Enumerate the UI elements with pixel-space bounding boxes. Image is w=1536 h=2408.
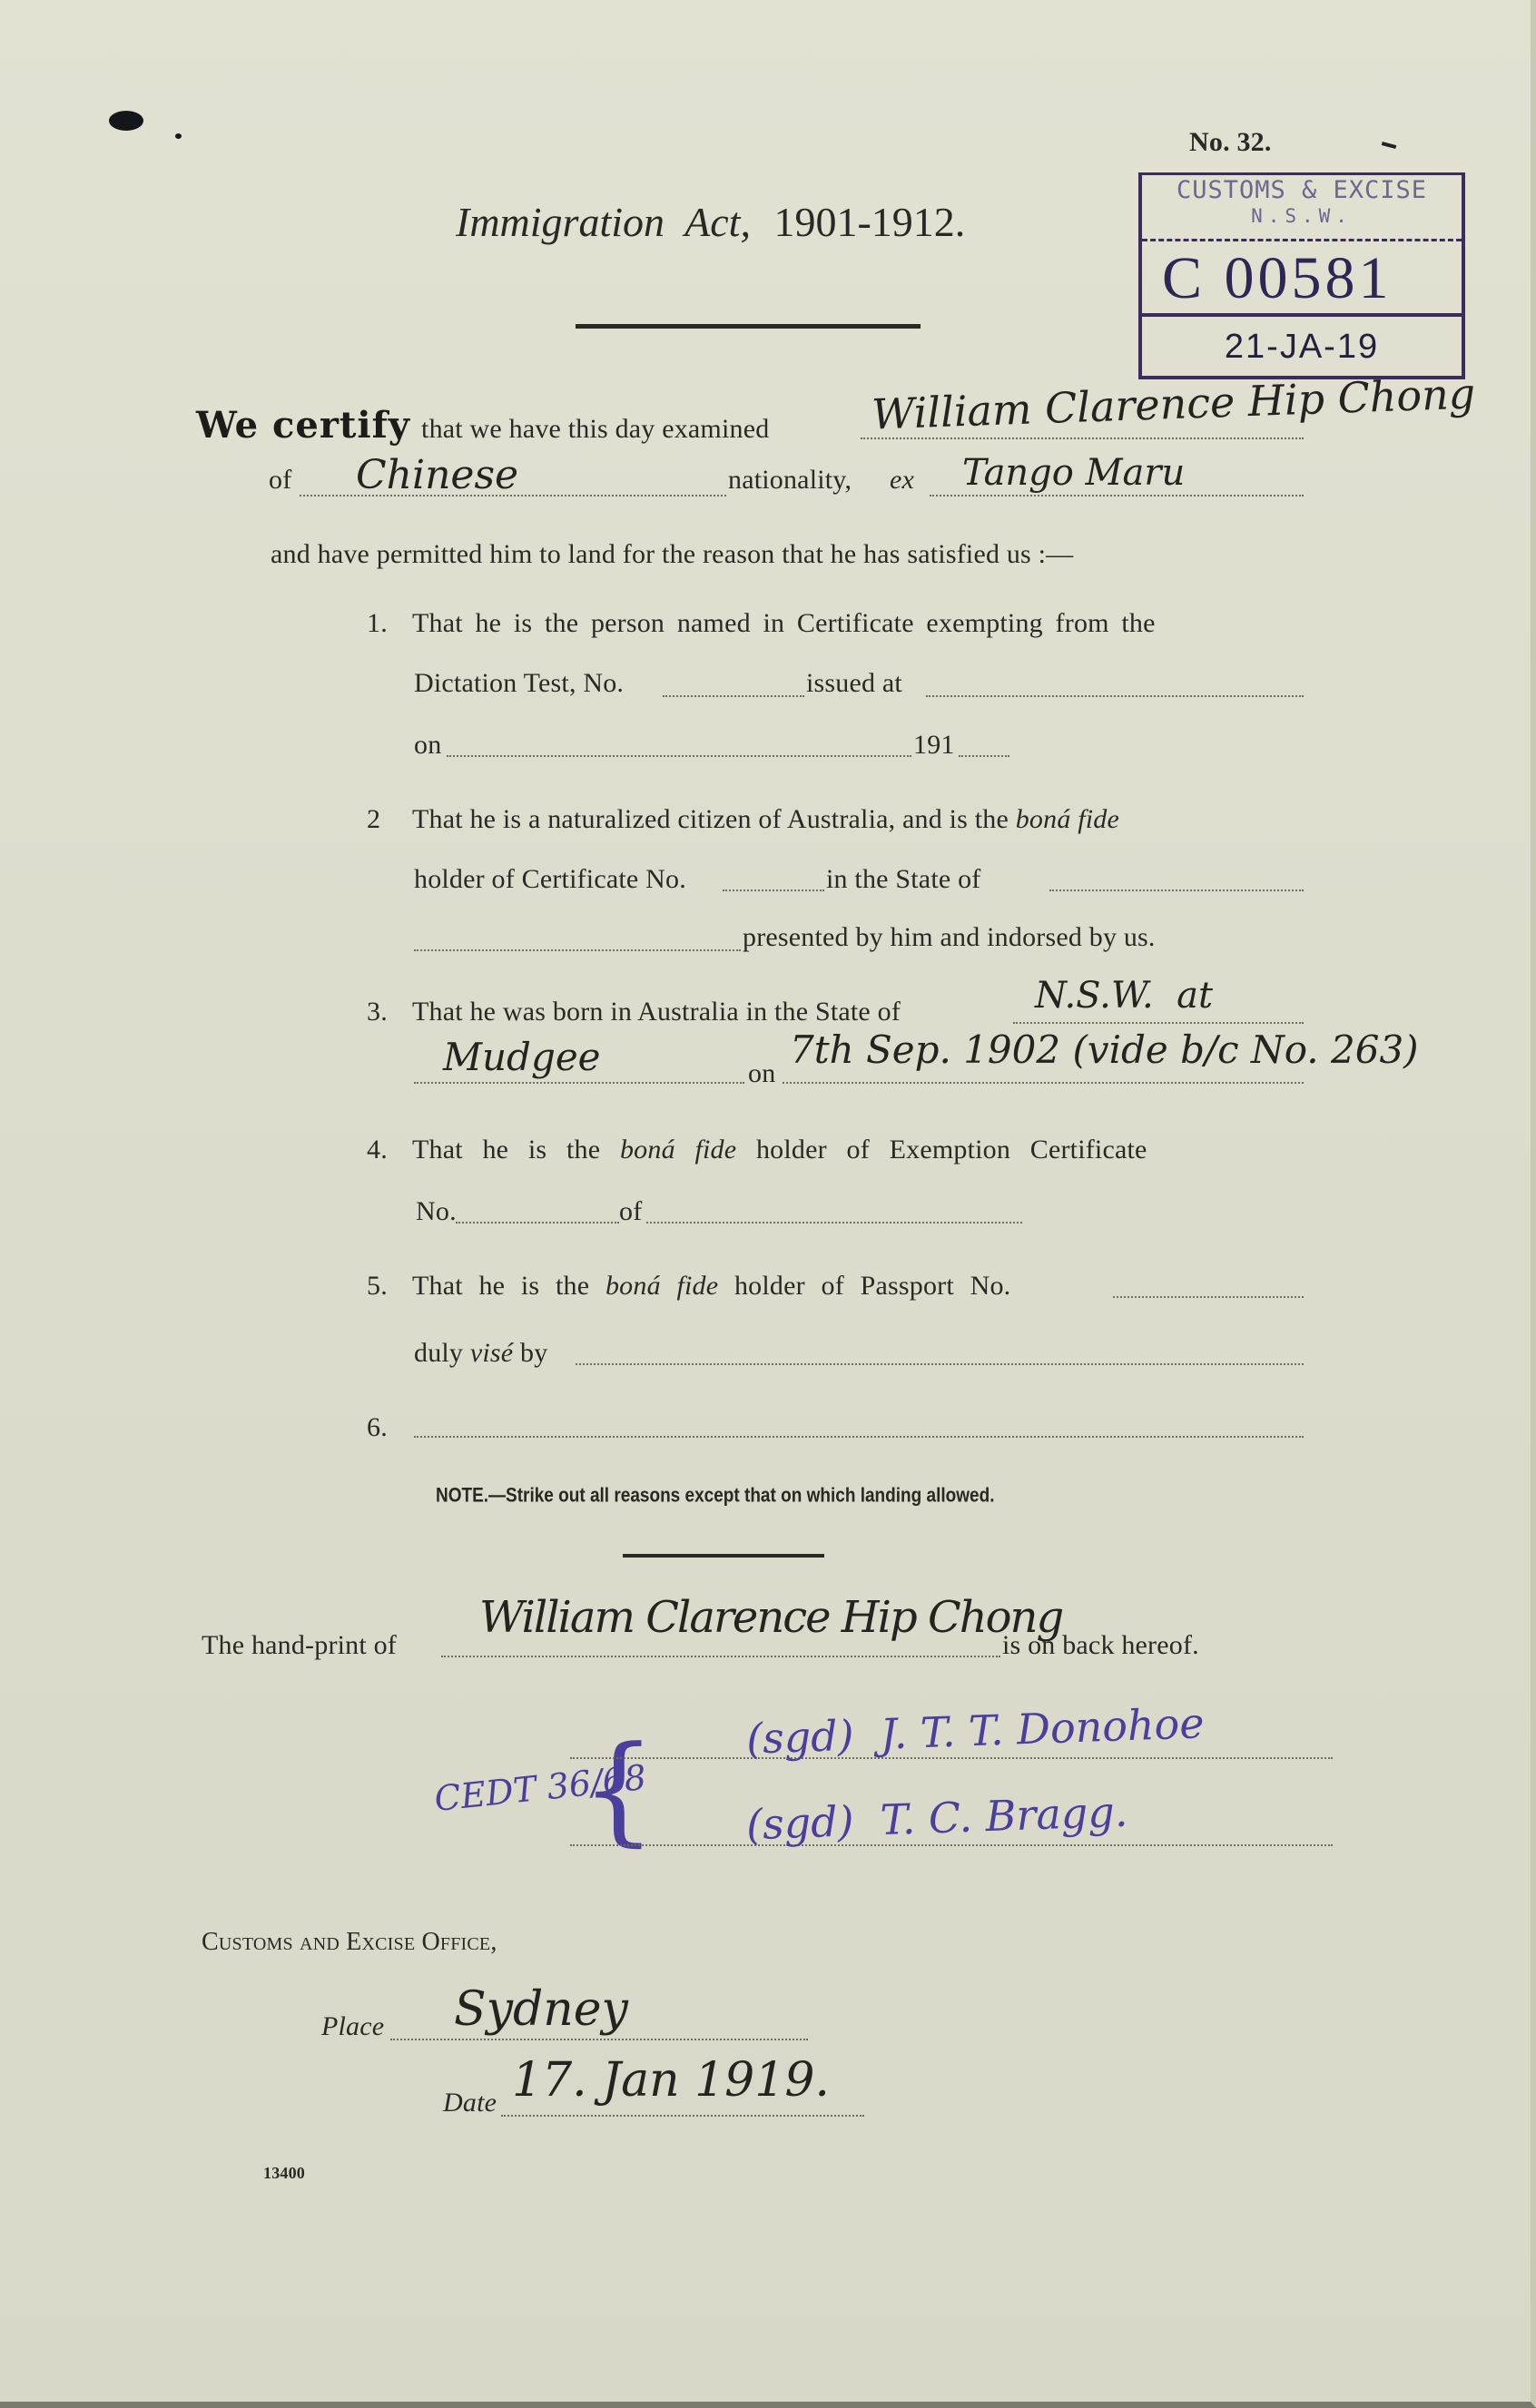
handprint-name-field [441, 1656, 1000, 1657]
passport-no-field [1113, 1296, 1304, 1298]
of-label: of [269, 465, 291, 496]
reason-5-text: That he is the boná fide holder of Passp… [412, 1271, 1010, 1302]
page-title: Immigration Act, 1901-1912. [456, 198, 965, 246]
reason-1-number: 1. [367, 608, 388, 639]
print-code: 13400 [263, 2164, 305, 2183]
note-rule [623, 1554, 824, 1558]
presented-text: presented by him and indorsed by us. [743, 922, 1156, 953]
stamp-line1: CUSTOMS & EXCISE [1142, 175, 1462, 206]
ship-value: Tango Maru [962, 452, 1185, 494]
reason-4-number: 4. [367, 1135, 388, 1165]
reason-5-text-c: holder of Passport No. [734, 1271, 1010, 1301]
stamp-date: 21-JA-19 [1142, 328, 1462, 367]
handprint-suffix: is on back hereof. [1002, 1630, 1199, 1661]
office-heading: Customs and Excise Office, [202, 1928, 497, 1957]
reason-4-bona-fide: boná fide [620, 1135, 736, 1165]
permit-text: and have permitted him to land for the r… [271, 539, 1073, 570]
exemption-no-field [456, 1222, 619, 1224]
reason-3-text: That he was born in Australia in the Sta… [412, 997, 901, 1027]
certificate-no-field [723, 889, 824, 891]
ink-dash [1382, 142, 1396, 149]
title-act: Immigration Act, [456, 199, 751, 245]
state-of-field [1049, 889, 1304, 891]
holder-certificate-label: holder of Certificate No. [414, 864, 686, 895]
birth-state-field [1013, 1022, 1304, 1024]
signature-2: (sgd) T. C. Bragg. [745, 1787, 1128, 1850]
certify-text: that we have this day examined [421, 414, 769, 444]
title-rule [576, 324, 921, 329]
place-label: Place [321, 2011, 384, 2042]
stamp-divider [1142, 313, 1462, 317]
date-label: Date [443, 2088, 497, 2118]
stamp-line2: N.S.W. [1142, 206, 1462, 226]
nationality-value: Chinese [356, 452, 518, 498]
reason-2-blank-field [414, 949, 741, 951]
ink-blot [109, 111, 143, 131]
birth-place-field [414, 1082, 744, 1084]
signature-brace: { [581, 1730, 656, 1848]
dictation-test-no-field [663, 695, 804, 697]
issued-at-label: issued at [806, 668, 902, 699]
reason-5-bona-fide: boná fide [606, 1271, 718, 1301]
reason-2-number: 2 [367, 804, 380, 835]
reason-6-number: 6. [367, 1412, 388, 1443]
birth-state-value: N.S.W. at [1035, 975, 1213, 1017]
vise-by-field [576, 1363, 1304, 1365]
reason-3-number: 3. [367, 997, 388, 1027]
birth-date-value: 7th Sep. 1902 (vide b/c No. 263) [790, 1027, 1419, 1072]
issued-at-field [926, 695, 1304, 697]
reason-2-text: That he is a naturalized citizen of Aust… [412, 804, 1119, 835]
duly-vise-label: duly visé by [414, 1338, 547, 1369]
place-field [390, 2039, 808, 2040]
on-label-3: on [748, 1058, 775, 1089]
place-value: Sydney [454, 1982, 628, 2037]
form-number: No. 32. [1189, 127, 1272, 158]
year-prefix: 191 [913, 730, 955, 761]
reason-1-text: That he is the person named in Certifica… [412, 608, 1156, 639]
reason-6-field [414, 1436, 1304, 1438]
title-years: 1901-1912. [773, 199, 965, 245]
by-text: by [520, 1338, 547, 1368]
birth-place-value: Mudgee [443, 1035, 601, 1079]
signature-2-field [570, 1844, 1333, 1846]
ink-speck [175, 133, 182, 139]
reason-5-number: 5. [367, 1271, 388, 1302]
examined-name-field [861, 437, 1304, 439]
reason-2-text-a: That he is a naturalized citizen of Aust… [412, 804, 1009, 834]
ex-label: ex [890, 465, 914, 496]
reason-4-text-c: holder of Exemption Certificate [756, 1135, 1147, 1165]
signature-1-field [570, 1757, 1333, 1759]
dictation-test-label: Dictation Test, No. [414, 668, 624, 699]
reason-4-text: That he is the boná fide holder of Exemp… [412, 1135, 1147, 1165]
reason-1-date-field [447, 755, 911, 757]
year-suffix-field [959, 755, 1009, 757]
customs-stamp: CUSTOMS & EXCISE N.S.W. C 00581 21-JA-19 [1138, 172, 1465, 379]
reason-4-text-a: That he is the [412, 1135, 600, 1165]
date-field [501, 2115, 864, 2117]
stamp-header: CUSTOMS & EXCISE N.S.W. [1142, 175, 1462, 241]
vise-text: visé [470, 1338, 513, 1368]
reason-2-bona-fide: boná fide [1016, 804, 1119, 834]
birth-date-field [783, 1082, 1304, 1084]
exemption-of-label: of [619, 1196, 642, 1227]
reason-5-text-a: That he is the [412, 1271, 589, 1301]
signature-1: (sgd) J. T. T. Donohoe [745, 1698, 1205, 1764]
ship-field [930, 495, 1304, 496]
certify-lead: We certify [196, 404, 410, 447]
handprint-name-value: William Clarence Hip Chong [479, 1592, 1062, 1643]
note-text: NOTE.—Strike out all reasons except that… [436, 1485, 995, 1508]
exemption-no-label: No. [416, 1196, 457, 1227]
state-of-label: in the State of [826, 864, 980, 895]
duly-text: duly [414, 1338, 463, 1368]
on-label-1: on [414, 730, 441, 761]
date-value: 17. Jan 1919. [512, 2053, 830, 2108]
document-page: No. 32. Immigration Act, 1901-1912. CUST… [0, 0, 1536, 2408]
stamp-number: C 00581 [1162, 244, 1393, 313]
exemption-of-field [646, 1222, 1022, 1224]
certify-line: We certify that we have this day examine… [196, 404, 769, 447]
nationality-label: nationality, [728, 465, 852, 496]
examined-name-value: William Clarence Hip Chong [871, 369, 1476, 438]
handprint-label: The hand-print of [202, 1630, 397, 1661]
